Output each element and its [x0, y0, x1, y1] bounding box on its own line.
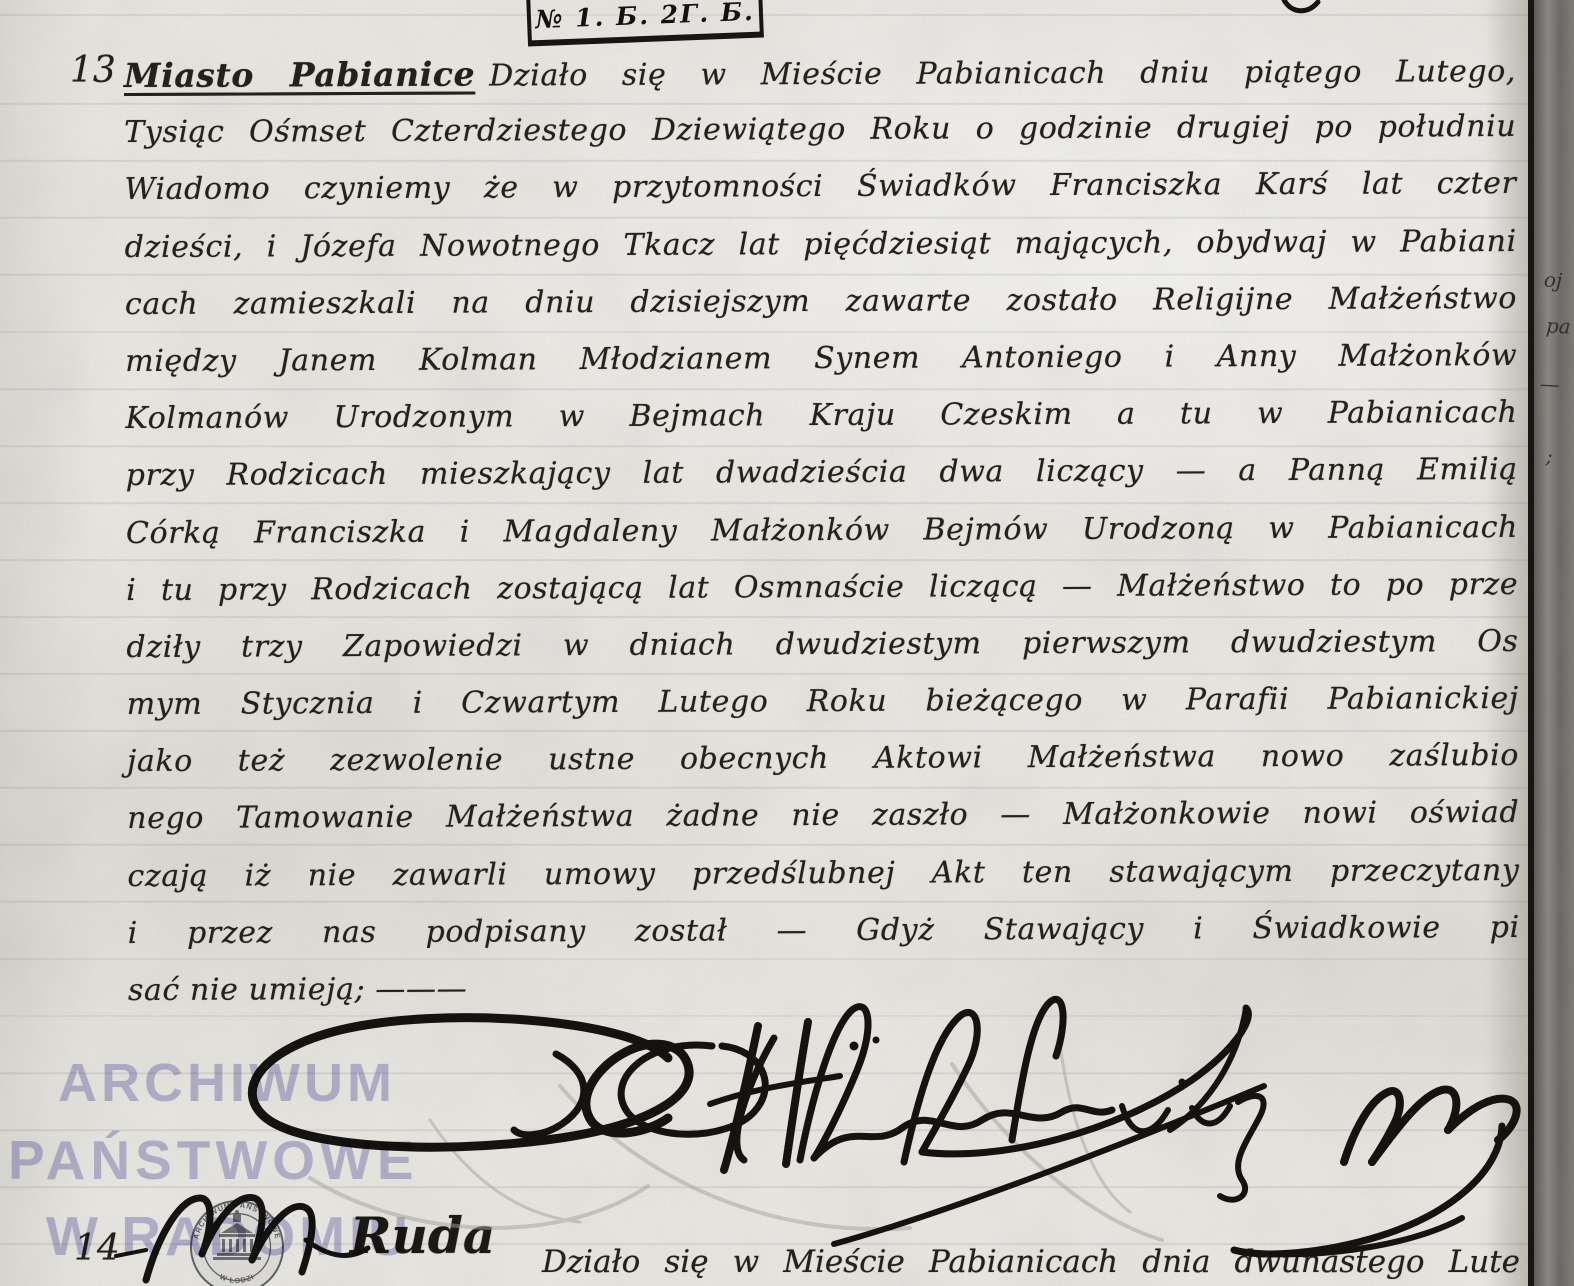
record-14-place-label: Ruda — [350, 1206, 495, 1265]
record-14-margin-number: 14 — [74, 1228, 120, 1269]
record-13-line-7: Kolmanów Urodzonym w Bejmach Kraju Czesk… — [125, 384, 1517, 447]
record-13-body: Miasto PabianiceDziało się w Mieście Pab… — [124, 41, 1520, 1019]
registry-stamp-box: № 1. Б. 2Г. Б. — [526, 0, 764, 47]
svg-text:W ŁODZI: W ŁODZI — [218, 1272, 256, 1285]
watermark-line-1: ARCHIWUM — [58, 1052, 396, 1114]
margin-bleed-fragment: pa — [1545, 313, 1571, 338]
margin-bleed-fragment: oj — [1543, 268, 1562, 293]
record-13-line-1-text: Działo się w Mieście Pabianicach dniu pi… — [489, 54, 1516, 93]
seal-bottom-text: W ŁODZI — [218, 1272, 256, 1285]
record-13-line-14: nego Tamowanie Małżeństwa żadne nie zasz… — [127, 784, 1519, 847]
record-13-line-1: Miasto PabianiceDziało się w Mieście Pab… — [124, 41, 1516, 104]
watermark-line-2: PAŃSTWOWE — [8, 1128, 419, 1192]
record-13-line-6: między Janem Kolman Młodzianem Synem Ant… — [125, 327, 1517, 390]
record-13-line-9: Córką Franciszka i Magdaleny Małżonków B… — [126, 498, 1518, 561]
svg-text:ARCHIWUM PAŃSTWOWE: ARCHIWUM PAŃSTWOWE — [191, 1200, 282, 1240]
signature-middle — [621, 999, 1264, 1244]
record-13-line-10: i tu przy Rodzicach zostającą lat Osmnaś… — [126, 556, 1518, 619]
record-13-place-label: Miasto Pabianice — [124, 54, 489, 95]
record-13-line-13: jako też zezwolenie ustne obecnych Aktow… — [127, 727, 1519, 790]
registry-stamp-text: № 1. Б. 2Г. Б. — [535, 0, 756, 34]
record-13-line-5: cach zamieszkali na dniu dzisiejszym zaw… — [125, 270, 1517, 333]
record-13-line-16: i przez nas podpisany został — Gdyż Staw… — [128, 899, 1520, 962]
record-14-w-flourish — [116, 1198, 368, 1280]
record-13-line-2: Tysiąc Ośmset Czterdziestego Dziewiątego… — [124, 98, 1516, 161]
seal-inner-ring — [204, 1214, 271, 1281]
page-number-fragment — [1284, 0, 1318, 11]
record-13-margin-number: 13 — [70, 50, 116, 91]
margin-bleed-fragment: ; — [1545, 444, 1553, 468]
record-13-line-17: sać nie umieją; ——— — [128, 956, 1520, 1019]
margin-bleed-fragment: — — [1539, 371, 1560, 396]
signature-flourish-left — [252, 1008, 1248, 1170]
archive-building-icon — [213, 1210, 261, 1260]
seal-outer-ring — [191, 1201, 283, 1286]
adjacent-page-edge-band — [1534, 0, 1574, 1286]
record-13-line-4: dzieści, i Józefa Nowotnego Tkacz lat pi… — [125, 213, 1517, 276]
record-13-line-12: mym Stycznia i Czwartym Lutego Roku bież… — [127, 670, 1519, 733]
document-scan-page: № 1. Б. 2Г. Б. 13 Miasto PabianiceDziało… — [0, 0, 1574, 1286]
record-13-line-3: Wiadomo czyniemy że w przytomności Świad… — [124, 155, 1516, 218]
record-13-line-8: przy Rodzicach mieszkający lat dwadzieśc… — [126, 441, 1518, 504]
record-14-opening-line: Działo się w Mieście Pabianicach dnia dw… — [542, 1232, 1520, 1286]
record-13-line-15: czają iż nie zawarli umowy przedślubnej … — [127, 842, 1519, 905]
seal-top-text: ARCHIWUM PAŃSTWOWE — [191, 1200, 282, 1240]
record-13-line-11: dziły trzy Zapowiedzi w dniach dwudziest… — [126, 613, 1518, 676]
signature-right — [1234, 1090, 1517, 1255]
